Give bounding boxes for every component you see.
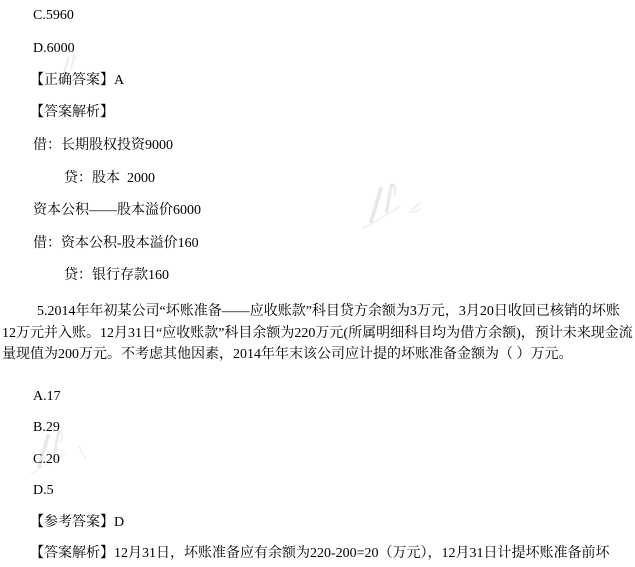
prev-option-c: C.5960 [33, 5, 74, 27]
journal-entry-credit-1: 贷：股本 2000 [64, 168, 155, 190]
question5-option-b: B.29 [33, 417, 60, 439]
question5-option-a: A.17 [33, 386, 61, 408]
question5-analysis-line: 【答案解析】12月31日，坏账准备应有余额为220-200=20（万元），12月… [30, 543, 610, 565]
question5-option-c: C.20 [33, 449, 60, 471]
watermark-stamp [358, 181, 426, 233]
prev-correct-answer-line: 【正确答案】A [30, 70, 124, 92]
journal-entry-debit-1: 借：长期股权投资9000 [33, 135, 173, 157]
question5-stem: 5.2014年年初某公司“坏账准备——应收账款”科目贷方余额为3万元，3月20日… [2, 301, 633, 366]
prev-option-d: D.6000 [33, 38, 75, 60]
journal-entry-credit-2: 贷：银行存款160 [64, 265, 169, 287]
journal-entry-capital-reserve: 资本公积——股本溢价6000 [33, 200, 201, 222]
prev-analysis-heading: 【答案解析】 [30, 102, 114, 124]
exam-document-page: C.5960 D.6000 【正确答案】A 【答案解析】 借：长期股权投资900… [0, 0, 635, 567]
journal-entry-debit-2: 借：资本公积-股本溢价160 [33, 233, 199, 255]
question5-reference-answer-line: 【参考答案】D [30, 512, 124, 534]
question5-option-d: D.5 [33, 480, 54, 502]
